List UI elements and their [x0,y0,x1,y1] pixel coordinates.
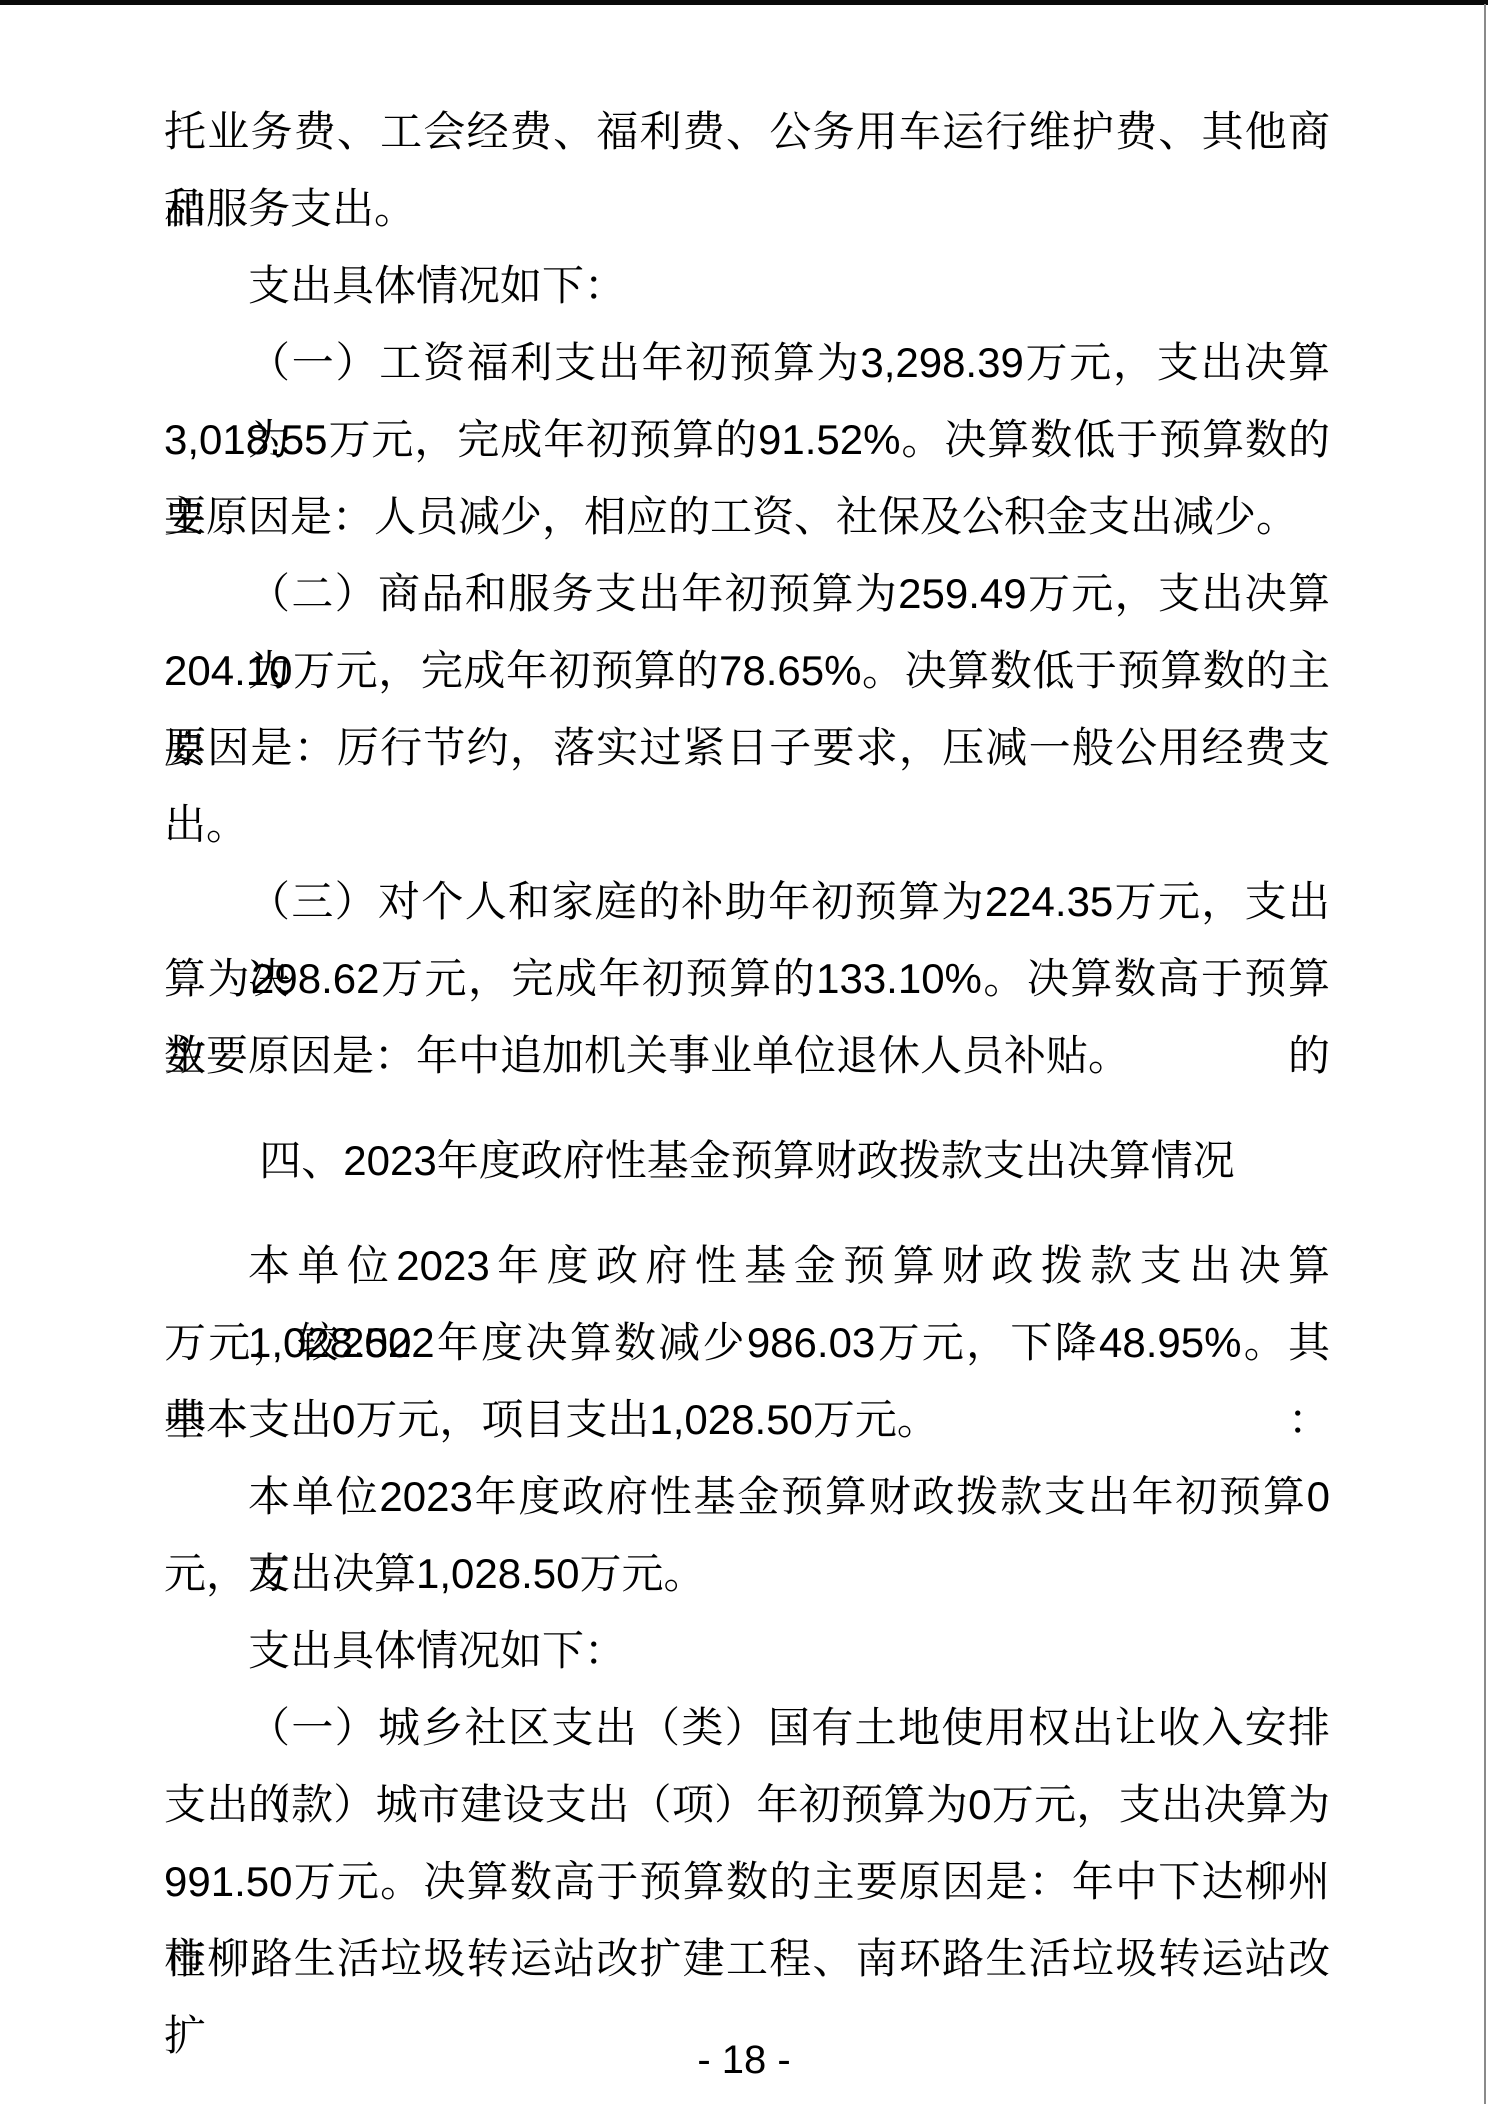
body-line: 算为298.62万元，完成年初预算的133.10%。决算数高于预算数的 [164,940,1330,1017]
scan-artifact-top-bar [0,0,1488,5]
body-line: 支出具体情况如下： [164,247,1330,324]
body-line: （一）工资福利支出年初预算为3,298.39万元，支出决算为 [164,324,1330,401]
body-line: （一）城乡社区支出（类）国有土地使用权出让收入安排的 [164,1689,1330,1766]
body-line: 原因是：厉行节约，落实过紧日子要求，压减一般公用经费支 [164,709,1330,786]
body-line: 本单位2023年度政府性基金预算财政拨款支出决算1,028.50 [164,1227,1330,1304]
page-number: - 18 - [0,2038,1488,2082]
body-line: 204.10万元，完成年初预算的78.65%。决算数低于预算数的主要 [164,632,1330,709]
body-line: 出。 [164,786,1330,863]
body-line: 支出具体情况如下： [164,1612,1330,1689]
body-line: 元，支出决算1,028.50万元。 [164,1535,1330,1612]
body-line: 万元，较2022年度决算数减少986.03万元，下降48.95%。其中： [164,1304,1330,1381]
body-line: 991.50万元。决算数高于预算数的主要原因是：年中下达柳州市 [164,1843,1330,1920]
body-line: 本单位2023年度政府性基金预算财政拨款支出年初预算0万 [164,1458,1330,1535]
body-line: 3,018.55万元，完成年初预算的91.52%。决算数低于预算数的主 [164,401,1330,478]
body-line: （二）商品和服务支出年初预算为259.49万元，支出决算为 [164,555,1330,632]
document-page: 托业务费、工会经费、福利费、公务用车运行维护费、其他商品 和服务支出。 支出具体… [0,0,1488,2104]
body-line: 要原因是：人员减少，相应的工资、社保及公积金支出减少。 [164,478,1330,555]
body-line: 支出（款）城市建设支出（项）年初预算为0万元，支出决算为 [164,1766,1330,1843]
body-line: 桂柳路生活垃圾转运站改扩建工程、南环路生活垃圾转运站改扩 [164,1920,1330,1997]
scan-artifact-right-line [1484,4,1486,2104]
section-heading: 四、2023年度政府性基金预算财政拨款支出决算情况 [164,1122,1330,1199]
document-body: 托业务费、工会经费、福利费、公务用车运行维护费、其他商品 和服务支出。 支出具体… [164,93,1330,1997]
body-line: 和服务支出。 [164,170,1330,247]
body-line: 托业务费、工会经费、福利费、公务用车运行维护费、其他商品 [164,93,1330,170]
body-line: （三）对个人和家庭的补助年初预算为224.35万元，支出决 [164,863,1330,940]
